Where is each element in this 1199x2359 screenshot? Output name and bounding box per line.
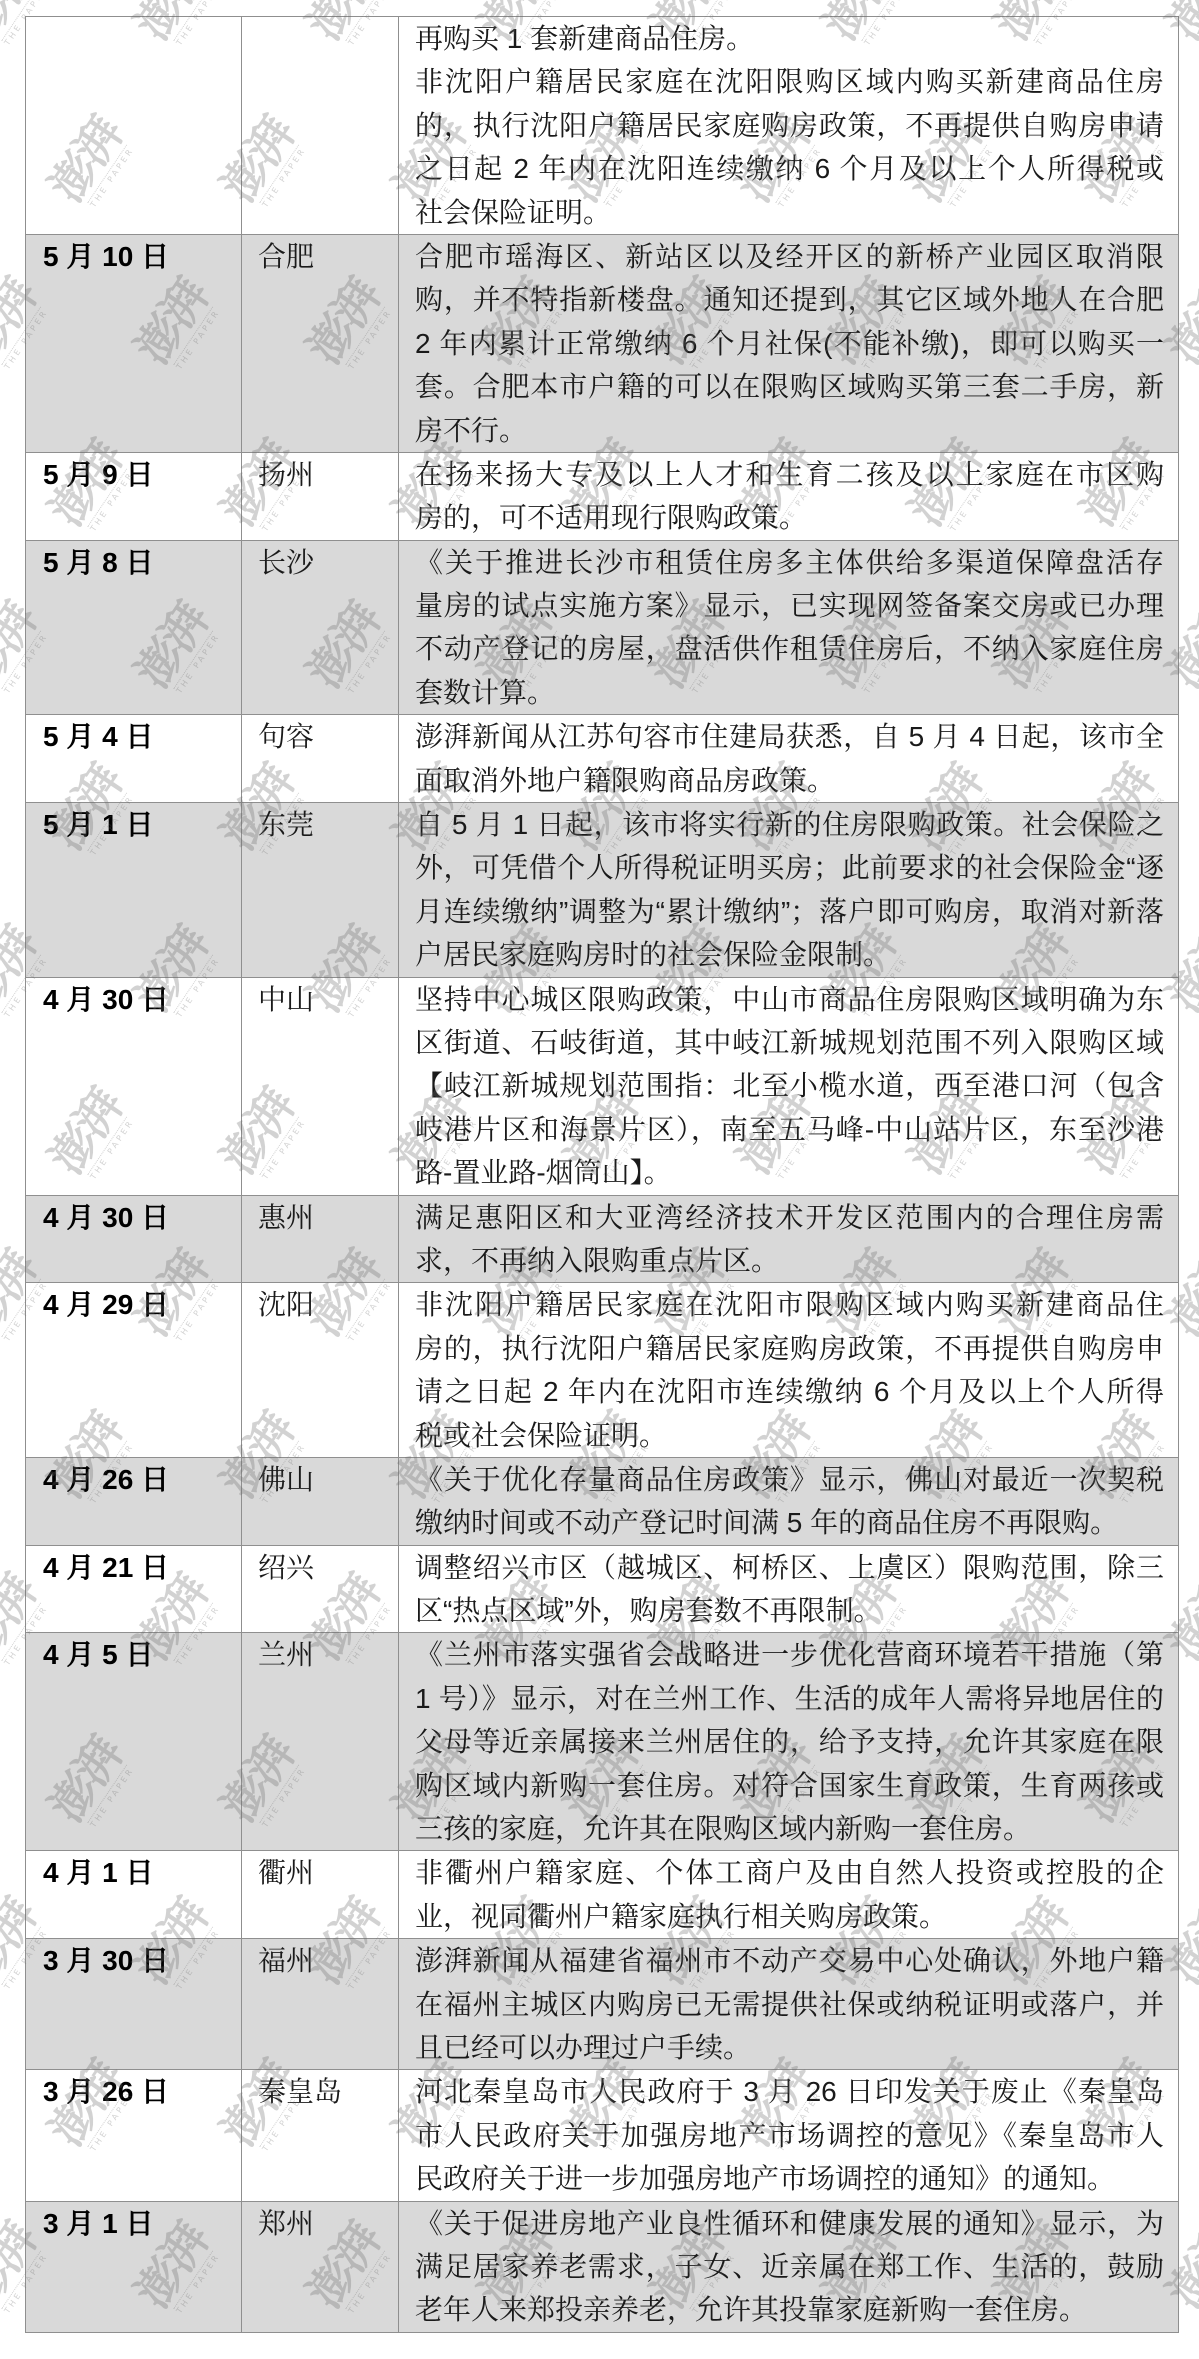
policy-text-line: 外，可凭借个人所得税证明买房；此前要求的社会保险金“逐	[415, 846, 1164, 889]
policy-text-line: 《关于优化存量商品住房政策》显示，佛山对最近一次契税	[415, 1458, 1164, 1501]
policy-text-line: 户居民家庭购房时的社会保险金限制。	[415, 933, 1164, 976]
date-cell: 5 月 8 日	[26, 540, 242, 715]
policy-text-line: 业，视同衢州户籍家庭执行相关购房政策。	[415, 1895, 1164, 1938]
policy-text-line: 《兰州市落实强省会战略进一步优化营商环境若干措施（第	[415, 1633, 1164, 1676]
table-row: 4 月 30 日 惠州 满足惠阳区和大亚湾经济技术开发区范围内的合理住房需 求，…	[26, 1195, 1179, 1283]
policy-text-line: 《关于促进房地产业良性循环和健康发展的通知》显示，为	[415, 2202, 1164, 2245]
date-cell: 3 月 26 日	[26, 2070, 242, 2201]
policy-text-line: 区“热点区域”外，购房套数不再限制。	[415, 1589, 1164, 1632]
policy-cell: 《关于促进房地产业良性循环和健康发展的通知》显示，为 满足居家养老需求，子女、近…	[399, 2201, 1179, 2332]
date-cell: 3 月 30 日	[26, 1939, 242, 2070]
policy-text-line: 1 号）》显示，对在兰州工作、生活的成年人需将异地居住的	[415, 1677, 1164, 1720]
city-cell: 句容	[242, 715, 399, 803]
policy-text-line: 非衢州户籍家庭、个体工商户及由自然人投资或控股的企	[415, 1851, 1164, 1894]
city-cell: 衢州	[242, 1851, 399, 1939]
city-cell: 秦皇岛	[242, 2070, 399, 2201]
policy-text-line: 房的，执行沈阳户籍居民家庭购房政策，不再提供自购房申	[415, 1327, 1164, 1370]
city-cell: 绍兴	[242, 1545, 399, 1633]
city-cell: 扬州	[242, 452, 399, 540]
city-cell: 佛山	[242, 1457, 399, 1545]
policy-text-line: 月连续缴纳”调整为“累计缴纳”；落户即可购房，取消对新落	[415, 890, 1164, 933]
date-cell: 5 月 10 日	[26, 234, 242, 452]
policy-text-line: 在福州主城区内购房已无需提供社保或纳税证明或落户，并	[415, 1983, 1164, 2026]
policy-text-line: 合肥市瑶海区、新站区以及经开区的新桥产业园区取消限	[415, 235, 1164, 278]
policy-text-line: 房的，可不适用现行限购政策。	[415, 496, 1164, 539]
date-cell: 4 月 29 日	[26, 1283, 242, 1458]
table-row: 5 月 10 日 合肥 合肥市瑶海区、新站区以及经开区的新桥产业园区取消限 购，…	[26, 234, 1179, 452]
policy-text-line: 在扬来扬大专及以上人才和生育二孩及以上家庭在市区购	[415, 453, 1164, 496]
policy-text-line: 求，不再纳入限购重点片区。	[415, 1239, 1164, 1282]
policy-text-line: 税或社会保险证明。	[415, 1414, 1164, 1457]
date-cell: 5 月 9 日	[26, 452, 242, 540]
policy-text-line: 请之日起 2 年内在沈阳市连续缴纳 6 个月及以上个人所得	[415, 1370, 1164, 1413]
policy-text-line: 岐港片区和海景片区），南至五马峰-中山站片区，东至沙港	[415, 1108, 1164, 1151]
policy-text-line: 之日起 2 年内在沈阳连续缴纳 6 个月及以上个人所得税或	[415, 147, 1164, 190]
policy-text-line: 澎湃新闻从江苏句容市住建局获悉，自 5 月 4 日起，该市全	[415, 715, 1164, 758]
date-cell: 5 月 4 日	[26, 715, 242, 803]
policy-text-line: 的，执行沈阳户籍居民家庭购房政策，不再提供自购房申请	[415, 104, 1164, 147]
city-cell: 合肥	[242, 234, 399, 452]
policy-cell: 澎湃新闻从福建省福州市不动产交易中心处确认，外地户籍 在福州主城区内购房已无需提…	[399, 1939, 1179, 2070]
date-cell: 4 月 21 日	[26, 1545, 242, 1633]
policy-text-line: 父母等近亲属接来兰州居住的，给予支持，允许其家庭在限	[415, 1720, 1164, 1763]
policy-cell: 非沈阳户籍居民家庭在沈阳市限购区域内购买新建商品住 房的，执行沈阳户籍居民家庭购…	[399, 1283, 1179, 1458]
policy-cell: 澎湃新闻从江苏句容市住建局获悉，自 5 月 4 日起，该市全 面取消外地户籍限购…	[399, 715, 1179, 803]
policy-text-line: 满足居家养老需求，子女、近亲属在郑工作、生活的，鼓励	[415, 2245, 1164, 2288]
policy-text-line: 自 5 月 1 日起，该市将实行新的住房限购政策。社会保险之	[415, 803, 1164, 846]
policy-text-line: 老年人来郑投亲养老，允许其投靠家庭新购一套住房。	[415, 2288, 1164, 2331]
policy-cell: 在扬来扬大专及以上人才和生育二孩及以上家庭在市区购 房的，可不适用现行限购政策。	[399, 452, 1179, 540]
city-cell: 长沙	[242, 540, 399, 715]
policy-text-line: 三孩的家庭，允许其在限购区域内新购一套住房。	[415, 1807, 1164, 1850]
table-row: 3 月 1 日 郑州 《关于促进房地产业良性循环和健康发展的通知》显示，为 满足…	[26, 2201, 1179, 2332]
policy-text-line: 套。合肥本市户籍的可以在限购区域购买第三套二手房，新	[415, 365, 1164, 408]
policy-text-line: 且已经可以办理过户手续。	[415, 2026, 1164, 2069]
policy-cell: 满足惠阳区和大亚湾经济技术开发区范围内的合理住房需 求，不再纳入限购重点片区。	[399, 1195, 1179, 1283]
city-cell: 兰州	[242, 1633, 399, 1851]
date-cell: 4 月 5 日	[26, 1633, 242, 1851]
table-row: 4 月 1 日 衢州 非衢州户籍家庭、个体工商户及由自然人投资或控股的企 业，视…	[26, 1851, 1179, 1939]
policy-text-line: 坚持中心城区限购政策，中山市商品住房限购区域明确为东	[415, 978, 1164, 1021]
policy-text-line: 区街道、石岐街道，其中岐江新城规划范围不列入限购区域	[415, 1021, 1164, 1064]
table-row: 4 月 30 日 中山 坚持中心城区限购政策，中山市商品住房限购区域明确为东 区…	[26, 977, 1179, 1195]
table-row: 再购买 1 套新建商品住房。 非沈阳户籍居民家庭在沈阳限购区域内购买新建商品住房…	[26, 17, 1179, 235]
policy-text-line: 民政府关于进一步加强房地产市场调控的通知》的通知。	[415, 2157, 1164, 2200]
policy-text-line: 【岐江新城规划范围指：北至小榄水道，西至港口河（包含	[415, 1064, 1164, 1107]
policy-cell: 自 5 月 1 日起，该市将实行新的住房限购政策。社会保险之 外，可凭借个人所得…	[399, 803, 1179, 978]
city-cell: 惠州	[242, 1195, 399, 1283]
policy-text-line: 市人民政府关于加强房地产市场调控的意见》《秦皇岛市人	[415, 2114, 1164, 2157]
table-row: 4 月 5 日 兰州 《兰州市落实强省会战略进一步优化营商环境若干措施（第 1 …	[26, 1633, 1179, 1851]
city-cell: 东莞	[242, 803, 399, 978]
policy-cell: 调整绍兴市区（越城区、柯桥区、上虞区）限购范围，除三 区“热点区域”外，购房套数…	[399, 1545, 1179, 1633]
policy-text-line: 非沈阳户籍居民家庭在沈阳市限购区域内购买新建商品住	[415, 1283, 1164, 1326]
policy-text-line: 购区域内新购一套住房。对符合国家生育政策，生育两孩或	[415, 1764, 1164, 1807]
policy-text-line: 满足惠阳区和大亚湾经济技术开发区范围内的合理住房需	[415, 1196, 1164, 1239]
city-cell: 福州	[242, 1939, 399, 2070]
table-row: 5 月 1 日 东莞 自 5 月 1 日起，该市将实行新的住房限购政策。社会保险…	[26, 803, 1179, 978]
city-cell: 沈阳	[242, 1283, 399, 1458]
policy-text-line: 澎湃新闻从福建省福州市不动产交易中心处确认，外地户籍	[415, 1939, 1164, 1982]
policy-text-line: 社会保险证明。	[415, 191, 1164, 234]
policy-cell: 非衢州户籍家庭、个体工商户及由自然人投资或控股的企 业，视同衢州户籍家庭执行相关…	[399, 1851, 1179, 1939]
policy-cell: 坚持中心城区限购政策，中山市商品住房限购区域明确为东 区街道、石岐街道，其中岐江…	[399, 977, 1179, 1195]
date-cell	[26, 17, 242, 235]
table-row: 4 月 21 日 绍兴 调整绍兴市区（越城区、柯桥区、上虞区）限购范围，除三 区…	[26, 1545, 1179, 1633]
table-row: 3 月 26 日 秦皇岛 河北秦皇岛市人民政府于 3 月 26 日印发关于废止《…	[26, 2070, 1179, 2201]
date-cell: 3 月 1 日	[26, 2201, 242, 2332]
date-cell: 4 月 30 日	[26, 1195, 242, 1283]
policy-text-line: 《关于推进长沙市租赁住房多主体供给多渠道保障盘活存	[415, 541, 1164, 584]
policy-text-line: 购，并不特指新楼盘。通知还提到，其它区域外地人在合肥	[415, 278, 1164, 321]
policy-cell: 《关于优化存量商品住房政策》显示，佛山对最近一次契税 缴纳时间或不动产登记时间满…	[399, 1457, 1179, 1545]
policy-text-line: 再购买 1 套新建商品住房。	[415, 17, 1164, 60]
policy-text-line: 2 年内累计正常缴纳 6 个月社保(不能补缴)，即可以购买一	[415, 322, 1164, 365]
city-cell: 中山	[242, 977, 399, 1195]
page: { "colors": { "row_shade": "#d9d9d9", "b…	[0, 0, 1199, 2359]
policy-text-line: 面取消外地户籍限购商品房政策。	[415, 759, 1164, 802]
city-cell: 郑州	[242, 2201, 399, 2332]
date-cell: 4 月 26 日	[26, 1457, 242, 1545]
policy-text-line: 量房的试点实施方案》显示，已实现网签备案交房或已办理	[415, 584, 1164, 627]
policy-text-line: 套数计算。	[415, 671, 1164, 714]
table-row: 5 月 9 日 扬州 在扬来扬大专及以上人才和生育二孩及以上家庭在市区购 房的，…	[26, 452, 1179, 540]
policy-cell: 合肥市瑶海区、新站区以及经开区的新桥产业园区取消限 购，并不特指新楼盘。通知还提…	[399, 234, 1179, 452]
policy-text-line: 河北秦皇岛市人民政府于 3 月 26 日印发关于废止《秦皇岛	[415, 2070, 1164, 2113]
policy-cell: 河北秦皇岛市人民政府于 3 月 26 日印发关于废止《秦皇岛 市人民政府关于加强…	[399, 2070, 1179, 2201]
policy-cell: 《兰州市落实强省会战略进一步优化营商环境若干措施（第 1 号）》显示，对在兰州工…	[399, 1633, 1179, 1851]
table-row: 3 月 30 日 福州 澎湃新闻从福建省福州市不动产交易中心处确认，外地户籍 在…	[26, 1939, 1179, 2070]
table-row: 4 月 26 日 佛山 《关于优化存量商品住房政策》显示，佛山对最近一次契税 缴…	[26, 1457, 1179, 1545]
policy-cell: 《关于推进长沙市租赁住房多主体供给多渠道保障盘活存 量房的试点实施方案》显示，已…	[399, 540, 1179, 715]
policy-text-line: 房不行。	[415, 409, 1164, 452]
policy-text-line: 非沈阳户籍居民家庭在沈阳限购区域内购买新建商品住房	[415, 60, 1164, 103]
city-cell	[242, 17, 399, 235]
policy-table: 再购买 1 套新建商品住房。 非沈阳户籍居民家庭在沈阳限购区域内购买新建商品住房…	[25, 16, 1179, 2333]
date-cell: 5 月 1 日	[26, 803, 242, 978]
table-row: 5 月 4 日 句容 澎湃新闻从江苏句容市住建局获悉，自 5 月 4 日起，该市…	[26, 715, 1179, 803]
policy-text-line: 调整绍兴市区（越城区、柯桥区、上虞区）限购范围，除三	[415, 1546, 1164, 1589]
policy-text-line: 路-置业路-烟筒山】。	[415, 1151, 1164, 1194]
policy-text-line: 缴纳时间或不动产登记时间满 5 年的商品住房不再限购。	[415, 1501, 1164, 1544]
policy-text-line: 不动产登记的房屋，盘活供作租赁住房后，不纳入家庭住房	[415, 627, 1164, 670]
table-row: 5 月 8 日 长沙 《关于推进长沙市租赁住房多主体供给多渠道保障盘活存 量房的…	[26, 540, 1179, 715]
date-cell: 4 月 30 日	[26, 977, 242, 1195]
date-cell: 4 月 1 日	[26, 1851, 242, 1939]
policy-cell: 再购买 1 套新建商品住房。 非沈阳户籍居民家庭在沈阳限购区域内购买新建商品住房…	[399, 17, 1179, 235]
table-row: 4 月 29 日 沈阳 非沈阳户籍居民家庭在沈阳市限购区域内购买新建商品住 房的…	[26, 1283, 1179, 1458]
